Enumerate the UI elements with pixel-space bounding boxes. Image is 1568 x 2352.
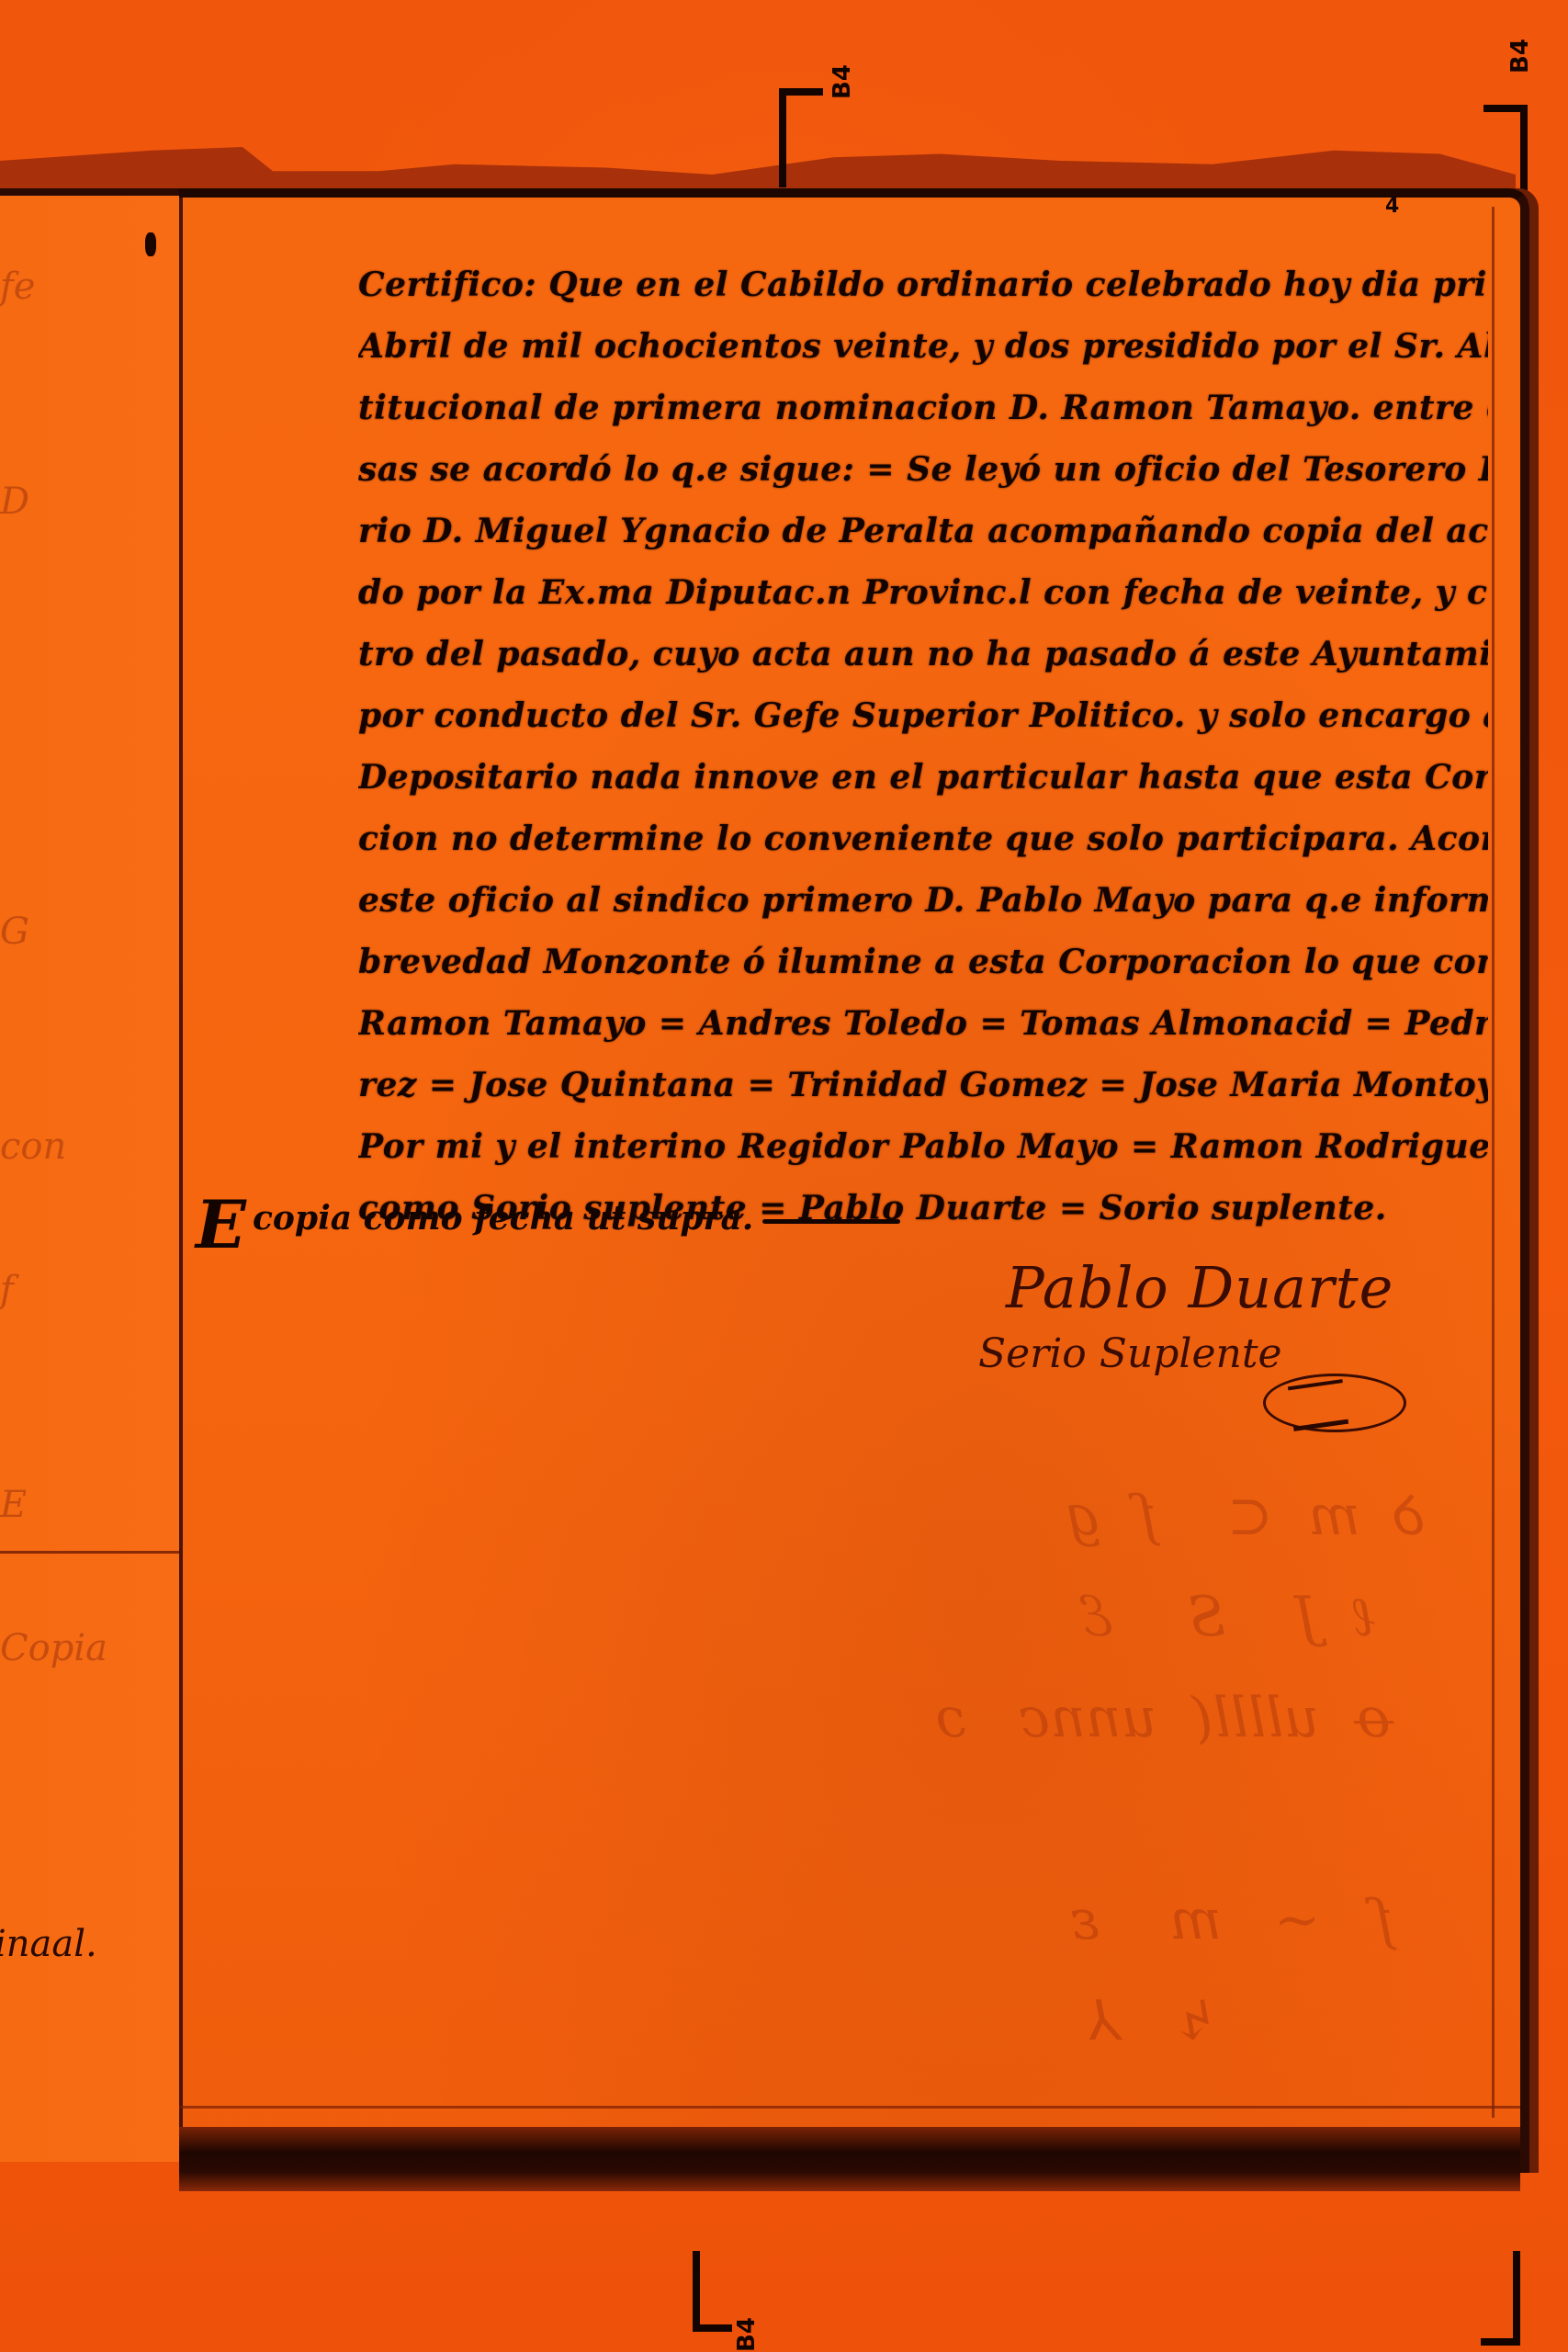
crop-mark-bottom-right xyxy=(1481,2251,1520,2346)
copy-attestation-line: copia como fecha ut supra. xyxy=(253,1199,900,1238)
page-left-rule xyxy=(179,198,183,2173)
manuscript-body: Certifico: Que en el Cabildo ordinario c… xyxy=(358,254,1488,1239)
manuscript-line: rez = Jose Quintana = Trinidad Gomez = J… xyxy=(358,1055,1488,1116)
left-page-faded-text: fe D G con f E Copia xyxy=(0,251,165,1684)
crop-label-bottom: B4 xyxy=(733,2317,761,2352)
page-right-rule xyxy=(1492,207,1495,2118)
manuscript-line: Por mi y el interino Regidor Pablo Mayo … xyxy=(358,1116,1488,1178)
crop-label-top: B4 xyxy=(829,64,856,99)
manuscript-line: sas se acordó lo q.e sigue: = Se leyó un… xyxy=(358,439,1488,501)
manuscript-line: Abril de mil ochocientos veinte, y dos p… xyxy=(358,316,1488,378)
signature-title: Serio Suplente xyxy=(978,1330,1393,1377)
manuscript-line: brevedad Monzonte ó ilumine a esta Corpo… xyxy=(358,932,1488,993)
manuscript-line: cion no determine lo conveniente que sol… xyxy=(358,808,1488,870)
left-page-tail-word: inaal. xyxy=(0,1923,97,1965)
manuscript-line: tro del pasado, cuyo acta aun no ha pasa… xyxy=(358,624,1488,685)
manuscript-line: Certifico: Que en el Cabildo ordinario c… xyxy=(358,254,1488,316)
crop-mark-top-left xyxy=(779,88,823,187)
folio-mark: 4 xyxy=(1385,195,1399,218)
manuscript-line: Depositario nada innove en el particular… xyxy=(358,747,1488,808)
manuscript-line: do por la Ex.ma Diputac.n Provinc.l con … xyxy=(358,562,1488,624)
manuscript-line: por conducto del Sr. Gefe Superior Polit… xyxy=(358,685,1488,747)
manuscript-line: titucional de primera nominacion D. Ramo… xyxy=(358,378,1488,439)
page-bottom-edge xyxy=(179,2127,1520,2191)
copy-attestation-text: copia como fecha ut supra. xyxy=(253,1199,753,1238)
crop-mark-bottom-left xyxy=(693,2251,732,2332)
signature-name: Pablo Duarte xyxy=(1006,1254,1393,1321)
left-page-fold-line xyxy=(0,1551,197,1554)
page-bottom-rule xyxy=(179,2106,1520,2109)
bleed-through-text: ꝺ m ⊂ ſ g ℓ J S ℰ ꝋ ullll( unnc ↄ ſ ∽ m … xyxy=(234,1465,1428,2109)
manuscript-line: este oficio al sindico primero D. Pablo … xyxy=(358,870,1488,932)
closing-dash xyxy=(762,1219,900,1224)
manuscript-line: rio D. Miguel Ygnacio de Peralta acompañ… xyxy=(358,501,1488,562)
crop-label-top-right: B4 xyxy=(1506,39,1534,73)
manuscript-page: Certifico: Que en el Cabildo ordinario c… xyxy=(179,188,1529,2173)
marginal-initial: E xyxy=(196,1185,246,1263)
signature-block: Pablo Duarte Serio Suplente xyxy=(978,1254,1393,1377)
rubric-scribble-icon xyxy=(1288,1379,1348,1431)
manuscript-line: Ramon Tamayo = Andres Toledo = Tomas Alm… xyxy=(358,993,1488,1055)
